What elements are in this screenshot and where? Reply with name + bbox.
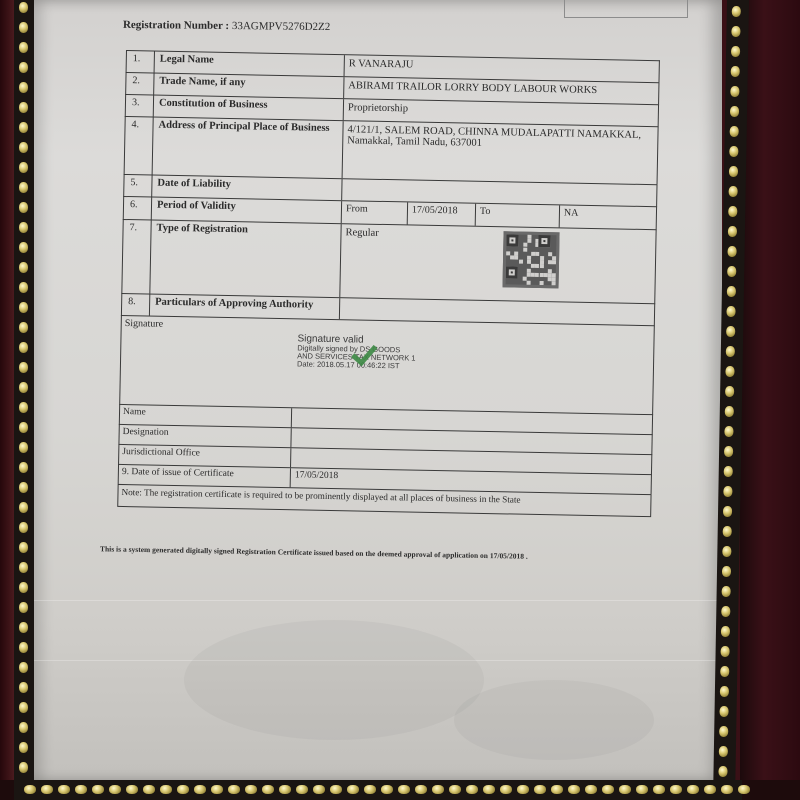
approving-authority-label: Particulars of Approving Authority: [150, 295, 340, 320]
bead-ornament: [724, 446, 733, 457]
bead-ornament: [228, 785, 240, 794]
bead-ornament: [19, 742, 28, 753]
bead-ornament: [19, 102, 28, 113]
bead-ornament: [738, 785, 750, 794]
registration-type-value: Regular: [345, 227, 378, 239]
bead-ornament: [731, 66, 740, 77]
bead-ornament: [245, 785, 257, 794]
bead-ornament: [726, 306, 735, 317]
bead-ornament: [602, 785, 614, 794]
bead-ornament: [432, 785, 444, 794]
registration-type-label: Type of Registration: [150, 221, 341, 298]
row-number: 3.: [126, 95, 154, 117]
bead-ornament: [19, 202, 28, 213]
bead-ornament: [19, 442, 28, 453]
bead-ornament: [19, 182, 28, 193]
bead-ornament: [19, 342, 28, 353]
validity-label: Period of Validity: [152, 198, 342, 224]
registration-number-label: Registration Number :: [123, 19, 229, 32]
bead-ornament: [19, 422, 28, 433]
address-value: 4/121/1, SALEM ROAD, CHINNA MUDALAPATTI …: [343, 121, 658, 184]
bead-ornament: [726, 326, 735, 337]
authority-name-label: Name: [120, 405, 292, 427]
bead-ornament: [415, 785, 427, 794]
bead-ornament: [19, 582, 28, 593]
bead-ornament: [619, 785, 631, 794]
frame-left: [0, 0, 14, 800]
bead-ornament: [194, 785, 206, 794]
bead-ornament: [19, 122, 28, 133]
issue-date-label: 9. Date of issue of Certificate: [119, 465, 291, 487]
bead-ornament: [724, 426, 733, 437]
certificate-paper: Registration Number : 33AGMPV5276D2Z2 1.…: [34, 0, 722, 782]
designation-label: Designation: [119, 425, 291, 447]
bead-ornament: [722, 546, 731, 557]
bead-ornament: [704, 785, 716, 794]
row-number: 8.: [122, 294, 150, 316]
bead-ornament: [725, 406, 734, 417]
bead-ornament: [725, 366, 734, 377]
bead-ornament: [727, 286, 736, 297]
bead-ornament: [330, 785, 342, 794]
table-row: 7. Type of Registration Regular: [121, 219, 656, 303]
legal-name-label: Legal Name: [155, 52, 345, 77]
bead-ornament: [726, 346, 735, 357]
bead-ornament: [585, 785, 597, 794]
bead-ornament: [721, 606, 730, 617]
bead-ornament: [19, 262, 28, 273]
bead-ornament: [727, 246, 736, 257]
bead-ornament: [19, 642, 28, 653]
bead-ornament: [143, 785, 155, 794]
row-number: 1.: [127, 51, 155, 73]
bead-ornament: [19, 362, 28, 373]
bead-ornament: [728, 206, 737, 217]
validity-to-label: To: [476, 204, 560, 228]
liability-date-label: Date of Liability: [152, 176, 342, 201]
bead-ornament: [722, 586, 731, 597]
bead-ornament: [517, 785, 529, 794]
bead-ornament: [19, 762, 28, 773]
bead-ornament: [398, 785, 410, 794]
bead-ornament: [279, 785, 291, 794]
bead-ornament: [296, 785, 308, 794]
system-generated-footer: This is a system generated digitally sig…: [100, 544, 528, 560]
bead-ornament: [19, 502, 28, 513]
bead-ornament: [19, 242, 28, 253]
bead-ornament: [730, 86, 739, 97]
bead-ornament: [728, 226, 737, 237]
bead-ornament: [19, 462, 28, 473]
bead-ornament: [19, 282, 28, 293]
registration-type-cell: Regular: [340, 224, 655, 303]
row-number: 7.: [122, 220, 151, 294]
bead-ornament: [19, 302, 28, 313]
bead-ornament: [687, 785, 699, 794]
bead-ornament: [313, 785, 325, 794]
bead-ornament: [262, 785, 274, 794]
bead-ornament: [483, 785, 495, 794]
registration-number: Registration Number : 33AGMPV5276D2Z2: [123, 19, 330, 33]
signature-block: Signature Signature valid Digitally sign…: [120, 316, 654, 414]
digital-signature-stamp: Signature valid Digitally signed by DS G…: [297, 333, 416, 370]
bead-ornament: [719, 726, 728, 737]
bead-ornament: [449, 785, 461, 794]
validity-from-value: 17/05/2018: [408, 202, 476, 225]
bead-ornament: [729, 146, 738, 157]
bead-ornament: [730, 106, 739, 117]
table-row: 4. Address of Principal Place of Busines…: [124, 116, 659, 184]
bead-ornament: [58, 785, 70, 794]
bead-ornament: [211, 785, 223, 794]
bead-ornament: [160, 785, 172, 794]
bead-ornament: [719, 746, 728, 757]
bead-ornament: [721, 785, 733, 794]
bead-ornament: [568, 785, 580, 794]
bead-ornament: [725, 386, 734, 397]
bead-ornament: [19, 22, 28, 33]
bead-ornament: [730, 126, 739, 137]
row-number: 4.: [125, 117, 154, 175]
bead-ornament: [720, 666, 729, 677]
bead-ornament: [670, 785, 682, 794]
signature-row: Signature Signature valid Digitally sign…: [119, 315, 655, 414]
bead-ornament: [729, 166, 738, 177]
bead-ornament: [75, 785, 87, 794]
bead-ornament: [721, 646, 730, 657]
bead-ornament: [722, 566, 731, 577]
bead-ornament: [551, 785, 563, 794]
bead-ornament: [724, 466, 733, 477]
top-right-box: [564, 0, 688, 18]
validity-to-value: NA: [560, 205, 656, 229]
bead-ornament: [19, 62, 28, 73]
bead-ornament: [19, 42, 28, 53]
bead-ornament: [19, 722, 28, 733]
bead-ornament: [466, 785, 478, 794]
bead-ornament: [723, 506, 732, 517]
bead-ornament: [19, 542, 28, 553]
bead-ornament: [731, 46, 740, 57]
bead-ornament: [721, 626, 730, 637]
frame-bead-bottom: [14, 780, 742, 800]
bead-ornament: [723, 486, 732, 497]
bead-ornament: [19, 702, 28, 713]
bead-ornament: [534, 785, 546, 794]
bead-ornament: [364, 785, 376, 794]
registration-number-value: 33AGMPV5276D2Z2: [232, 20, 331, 33]
bead-ornament: [19, 522, 28, 533]
bead-ornament: [19, 2, 28, 13]
frame-right: [740, 0, 800, 800]
bead-ornament: [41, 785, 53, 794]
bead-ornament: [718, 766, 727, 777]
trade-name-label: Trade Name, if any: [154, 74, 344, 99]
bead-ornament: [19, 622, 28, 633]
bead-ornament: [126, 785, 138, 794]
bead-ornament: [729, 186, 738, 197]
bead-ornament: [92, 785, 104, 794]
certificate-table: 1. Legal Name R VANARAJU 2. Trade Name, …: [117, 50, 660, 517]
bead-ornament: [19, 402, 28, 413]
bead-ornament: [719, 706, 728, 717]
bead-ornament: [19, 382, 28, 393]
bead-ornament: [732, 6, 741, 17]
jurisdictional-office-label: Jurisdictional Office: [119, 445, 291, 467]
constitution-label: Constitution of Business: [154, 96, 344, 121]
bead-ornament: [109, 785, 121, 794]
bead-ornament: [653, 785, 665, 794]
bead-ornament: [636, 785, 648, 794]
bead-ornament: [19, 682, 28, 693]
bead-ornament: [19, 162, 28, 173]
bead-ornament: [731, 26, 740, 37]
bead-ornament: [19, 602, 28, 613]
row-number: 2.: [126, 73, 154, 95]
bead-ornament: [500, 785, 512, 794]
bead-ornament: [19, 482, 28, 493]
photo-scene: Registration Number : 33AGMPV5276D2Z2 1.…: [0, 0, 800, 800]
validity-from-label: From: [342, 201, 408, 224]
frame-bead-left: [14, 0, 34, 800]
qr-code-icon: [503, 231, 560, 288]
bead-ornament: [19, 322, 28, 333]
bead-ornament: [19, 82, 28, 93]
address-label: Address of Principal Place of Business: [153, 118, 344, 179]
bead-ornament: [381, 785, 393, 794]
bead-ornament: [19, 142, 28, 153]
bead-ornament: [727, 266, 736, 277]
row-number: 6.: [124, 197, 152, 220]
bead-ornament: [19, 662, 28, 673]
bead-ornament: [177, 785, 189, 794]
bead-ornament: [720, 686, 729, 697]
bead-ornament: [24, 785, 36, 794]
bead-ornament: [347, 785, 359, 794]
bead-ornament: [723, 526, 732, 537]
bead-ornament: [19, 562, 28, 573]
bead-ornament: [19, 222, 28, 233]
row-number: 5.: [124, 175, 152, 197]
